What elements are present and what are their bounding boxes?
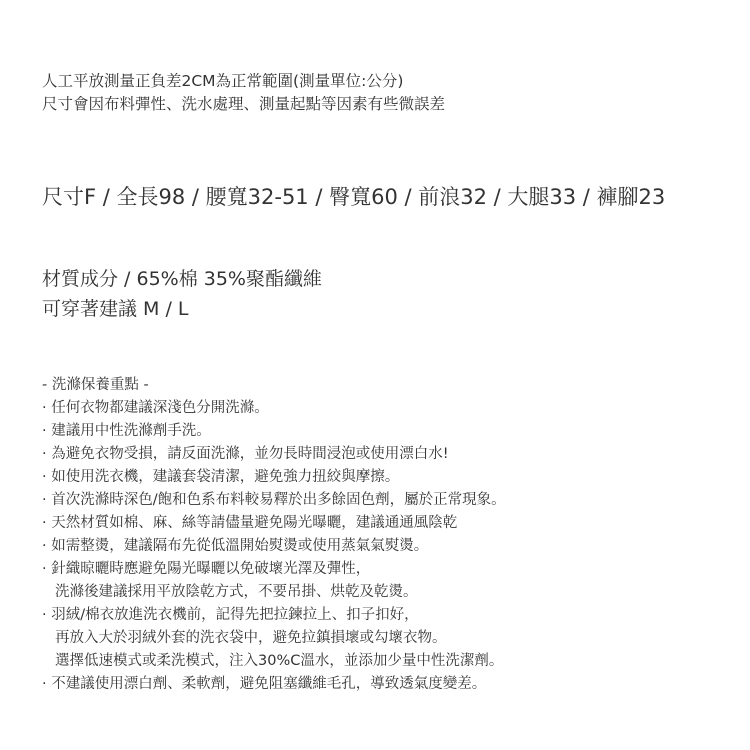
- care-item: · 針織晾曬時應避免陽光曝曬以免破壞光澤及彈性，: [42, 558, 506, 581]
- material-composition: 材質成分 / 65%棉 35%聚酯纖維: [42, 264, 322, 294]
- size-spec-line: 尺寸F / 全長98 / 腰寬32-51 / 臀寬60 / 前浪32 / 大腿3…: [42, 183, 665, 211]
- product-description-page: 人工平放測量正負差2CM為正常範圍(測量單位:公分) 尺寸會因布料彈性、洗水處理…: [0, 0, 750, 750]
- care-item: · 如使用洗衣機，建議套袋清潔，避免強力扭絞與摩擦。: [42, 466, 506, 489]
- measurement-note-line1: 人工平放測量正負差2CM為正常範圍(測量單位:公分): [42, 70, 445, 93]
- care-section: - 洗滌保養重點 - · 任何衣物都建議深淺色分開洗滌。 · 建議用中性洗滌劑手…: [42, 374, 506, 696]
- care-item: · 如需整燙，建議隔布先從低溫開始熨燙或使用蒸氣氣熨燙。: [42, 535, 506, 558]
- measurement-note-line2: 尺寸會因布料彈性、洗水處理、測量起點等因素有些微誤差: [42, 93, 445, 116]
- care-item: · 建議用中性洗滌劑手洗。: [42, 420, 506, 443]
- care-item: · 首次洗滌時深色/飽和色系布料較易釋於出多餘固色劑，屬於正常現象。: [42, 489, 506, 512]
- care-item-continuation: 洗滌後建議採用平放陰乾方式，不要吊掛、烘乾及乾燙。: [42, 581, 506, 604]
- care-item: · 任何衣物都建議深淺色分開洗滌。: [42, 397, 506, 420]
- care-item: · 不建議使用漂白劑、柔軟劑，避免阻塞纖維毛孔，導致透氣度變差。: [42, 673, 506, 696]
- care-item-continuation: 再放入大於羽絨外套的洗衣袋中，避免拉鎮損壞或勾壞衣物。: [42, 627, 506, 650]
- wear-suggestion: 可穿著建議 M / L: [42, 294, 322, 324]
- care-section-heading: - 洗滌保養重點 -: [42, 374, 506, 397]
- care-item: · 天然材質如棉、麻、絲等請儘量避免陽光曝曬，建議通通風陰乾: [42, 512, 506, 535]
- care-item: · 為避免衣物受損，請反面洗滌，並勿長時間浸泡或使用漂白水!: [42, 443, 506, 466]
- care-item-continuation: 選擇低速模式或柔洗模式，注入30%C溫水，並添加少量中性洗潔劑。: [42, 650, 506, 673]
- care-item: · 羽絨/棉衣放進洗衣機前，記得先把拉鍊拉上、扣子扣好，: [42, 604, 506, 627]
- material-info: 材質成分 / 65%棉 35%聚酯纖維 可穿著建議 M / L: [42, 264, 322, 324]
- measurement-notes: 人工平放測量正負差2CM為正常範圍(測量單位:公分) 尺寸會因布料彈性、洗水處理…: [42, 70, 445, 116]
